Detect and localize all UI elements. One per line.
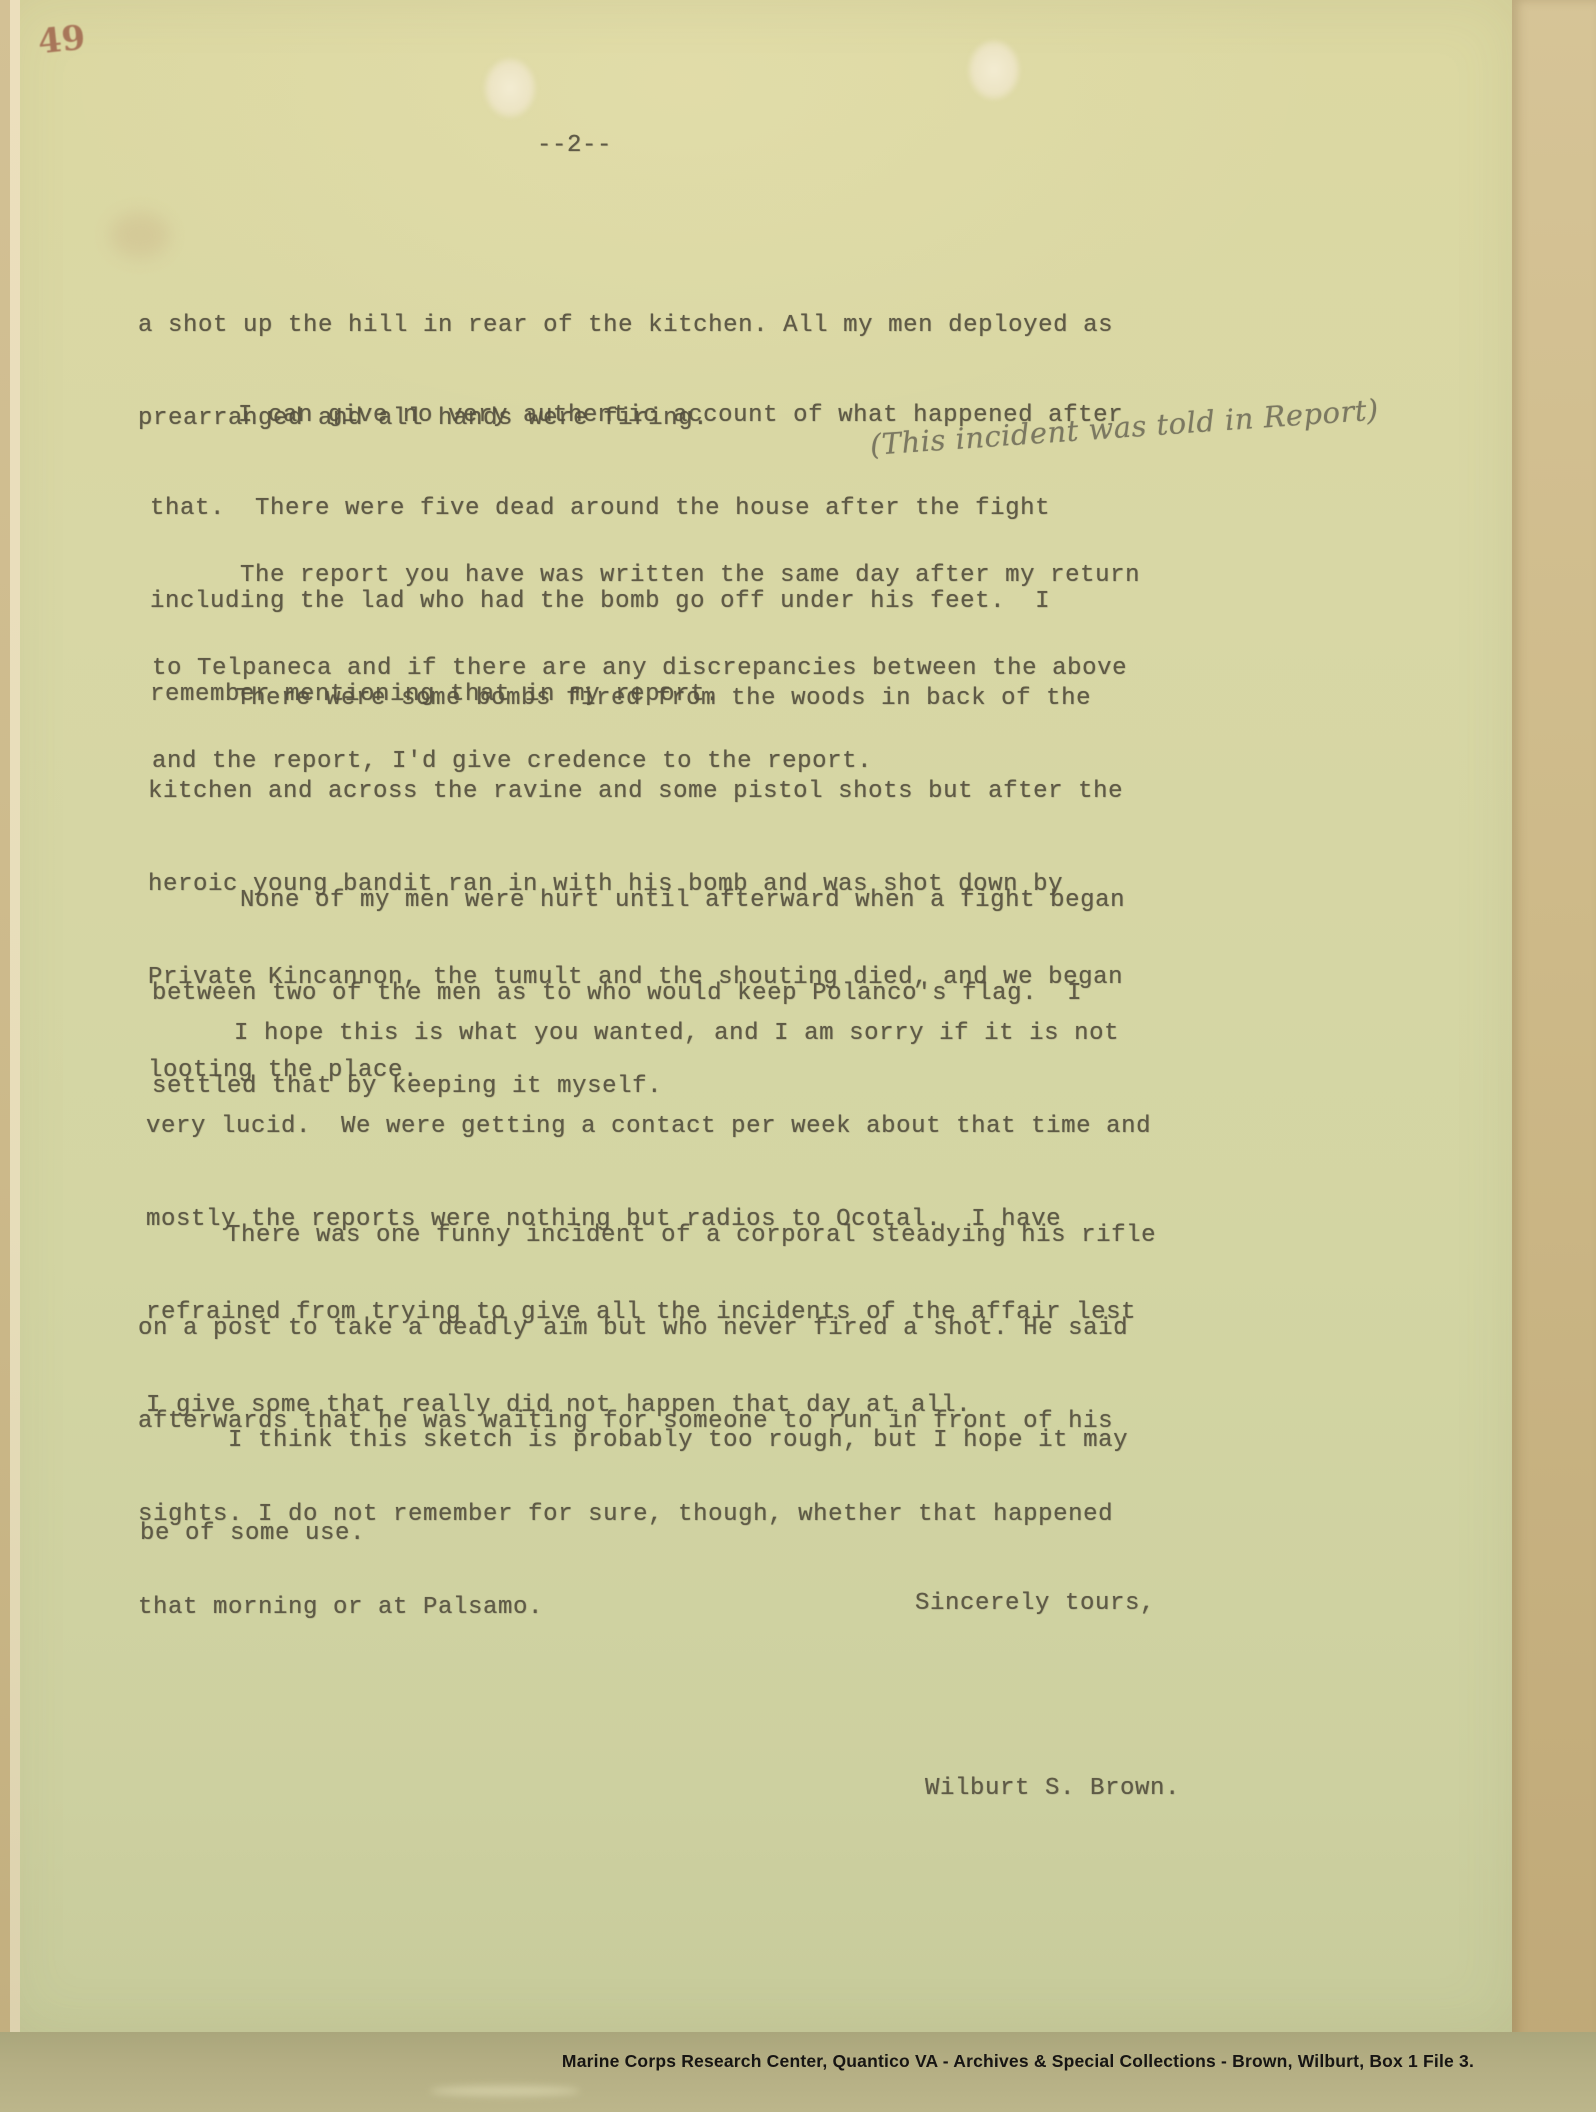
scan-bottom-band <box>0 2032 1596 2112</box>
page-number: --2-- <box>537 130 612 161</box>
letter-line: on a post to take a deadly aim but who n… <box>138 1313 1156 1344</box>
letter-signature: Wilburt S. Brown. <box>925 1773 1180 1804</box>
letter-line: There were some bombs fired from the woo… <box>148 683 1123 714</box>
letter-line: very lucid. We were getting a contact pe… <box>146 1111 1151 1142</box>
archive-caption: Marine Corps Research Center, Quantico V… <box>0 2051 1596 2072</box>
scanned-letter-page: { "page": { "page_number": "--2--", "cor… <box>0 0 1596 2112</box>
letter-line: kitchen and across the ravine and some p… <box>148 776 1123 807</box>
corner-annotation: 49 <box>36 18 87 63</box>
punch-hole-left <box>484 58 536 118</box>
letter-line: There was one funny incident of a corpor… <box>138 1220 1156 1251</box>
letter-line: be of some use. <box>140 1518 1128 1549</box>
letter-line: I think this sketch is probably too roug… <box>140 1425 1128 1456</box>
punch-hole-right <box>968 40 1020 100</box>
paper-left-edge <box>10 0 20 2032</box>
paragraph-8: I think this sketch is probably too roug… <box>140 1363 1128 1611</box>
letter-closing: Sincerely tours, <box>915 1588 1155 1619</box>
scan-light-streak <box>430 2086 580 2096</box>
letter-line: The report you have was written the same… <box>152 560 1140 591</box>
letter-line: I hope this is what you wanted, and I am… <box>146 1018 1151 1049</box>
letter-line: a shot up the hill in rear of the kitche… <box>138 310 1113 341</box>
letter-line: None of my men were hurt until afterward… <box>152 885 1125 916</box>
letter-paper: 49 --2-- a shot up the hill in rear of t… <box>10 0 1512 2032</box>
scan-backing-mat <box>1512 0 1596 2112</box>
